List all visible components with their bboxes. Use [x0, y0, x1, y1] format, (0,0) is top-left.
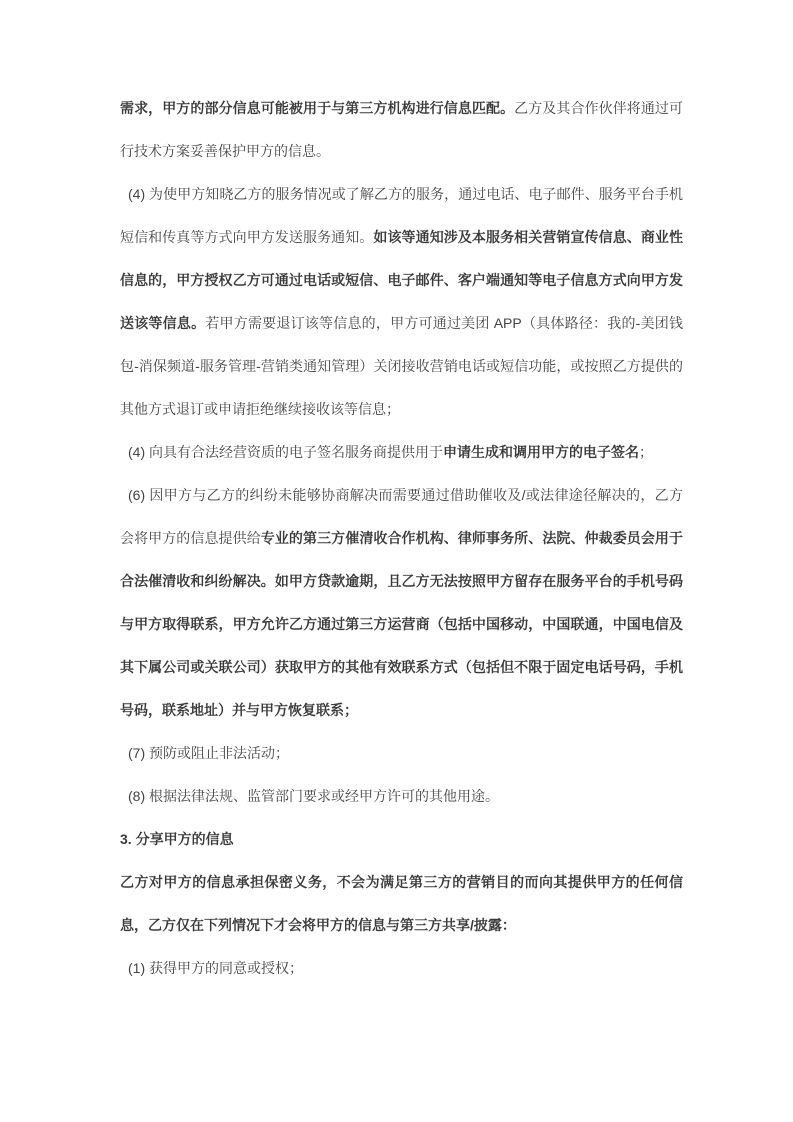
text-run-bold: 专业的第三方催清收合作机构、律师事务所、法院、仲裁委员会用于合法催清收和纠纷解决… — [120, 530, 683, 718]
paragraph: (1) 获得甲方的同意或授权； — [120, 947, 683, 990]
text-run-bold: 3. 分享甲方的信息 — [120, 831, 234, 847]
text-run: (7) 预防或阻止非法活动； — [128, 745, 289, 761]
text-run: 若甲方需要退订该等信息的，甲方可通过美团 APP（具体路径：我的-美团钱包-消保… — [120, 315, 683, 417]
section-heading: 3. 分享甲方的信息 — [120, 818, 683, 861]
text-run-bold: 申请生成和调用甲方的电子签名 — [443, 444, 639, 460]
document-content: 需求，甲方的部分信息可能被用于与第三方机构进行信息匹配。乙方及其合作伙伴将通过可… — [120, 87, 683, 990]
text-run: (8) 根据法律法规、监管部门要求或经甲方许可的其他用途。 — [128, 788, 499, 804]
paragraph: (4) 向具有合法经营资质的电子签名服务商提供用于申请生成和调用甲方的电子签名； — [120, 431, 683, 474]
text-run: (4) 向具有合法经营资质的电子签名服务商提供用于 — [128, 444, 443, 460]
paragraph: (4) 为使甲方知晓乙方的服务情况或了解乙方的服务，通过电话、电子邮件、服务平台… — [120, 173, 683, 431]
paragraph: (8) 根据法律法规、监管部门要求或经甲方许可的其他用途。 — [120, 775, 683, 818]
text-run-bold: 需求，甲方的部分信息可能被用于与第三方机构进行信息匹配。 — [120, 100, 514, 116]
paragraph: 乙方对甲方的信息承担保密义务，不会为满足第三方的营销目的而向其提供甲方的任何信息… — [120, 861, 683, 947]
paragraph: 需求，甲方的部分信息可能被用于与第三方机构进行信息匹配。乙方及其合作伙伴将通过可… — [120, 87, 683, 173]
text-run: (1) 获得甲方的同意或授权； — [128, 960, 303, 976]
paragraph: (6) 因甲方与乙方的纠纷未能够协商解决而需要通过借助催收及/或法律途径解决的，… — [120, 474, 683, 732]
paragraph: (7) 预防或阻止非法活动； — [120, 732, 683, 775]
text-run-bold: 乙方对甲方的信息承担保密义务，不会为满足第三方的营销目的而向其提供甲方的任何信息… — [120, 874, 683, 933]
document-page: 需求，甲方的部分信息可能被用于与第三方机构进行信息匹配。乙方及其合作伙伴将通过可… — [0, 0, 793, 1122]
text-run: ； — [639, 444, 653, 460]
